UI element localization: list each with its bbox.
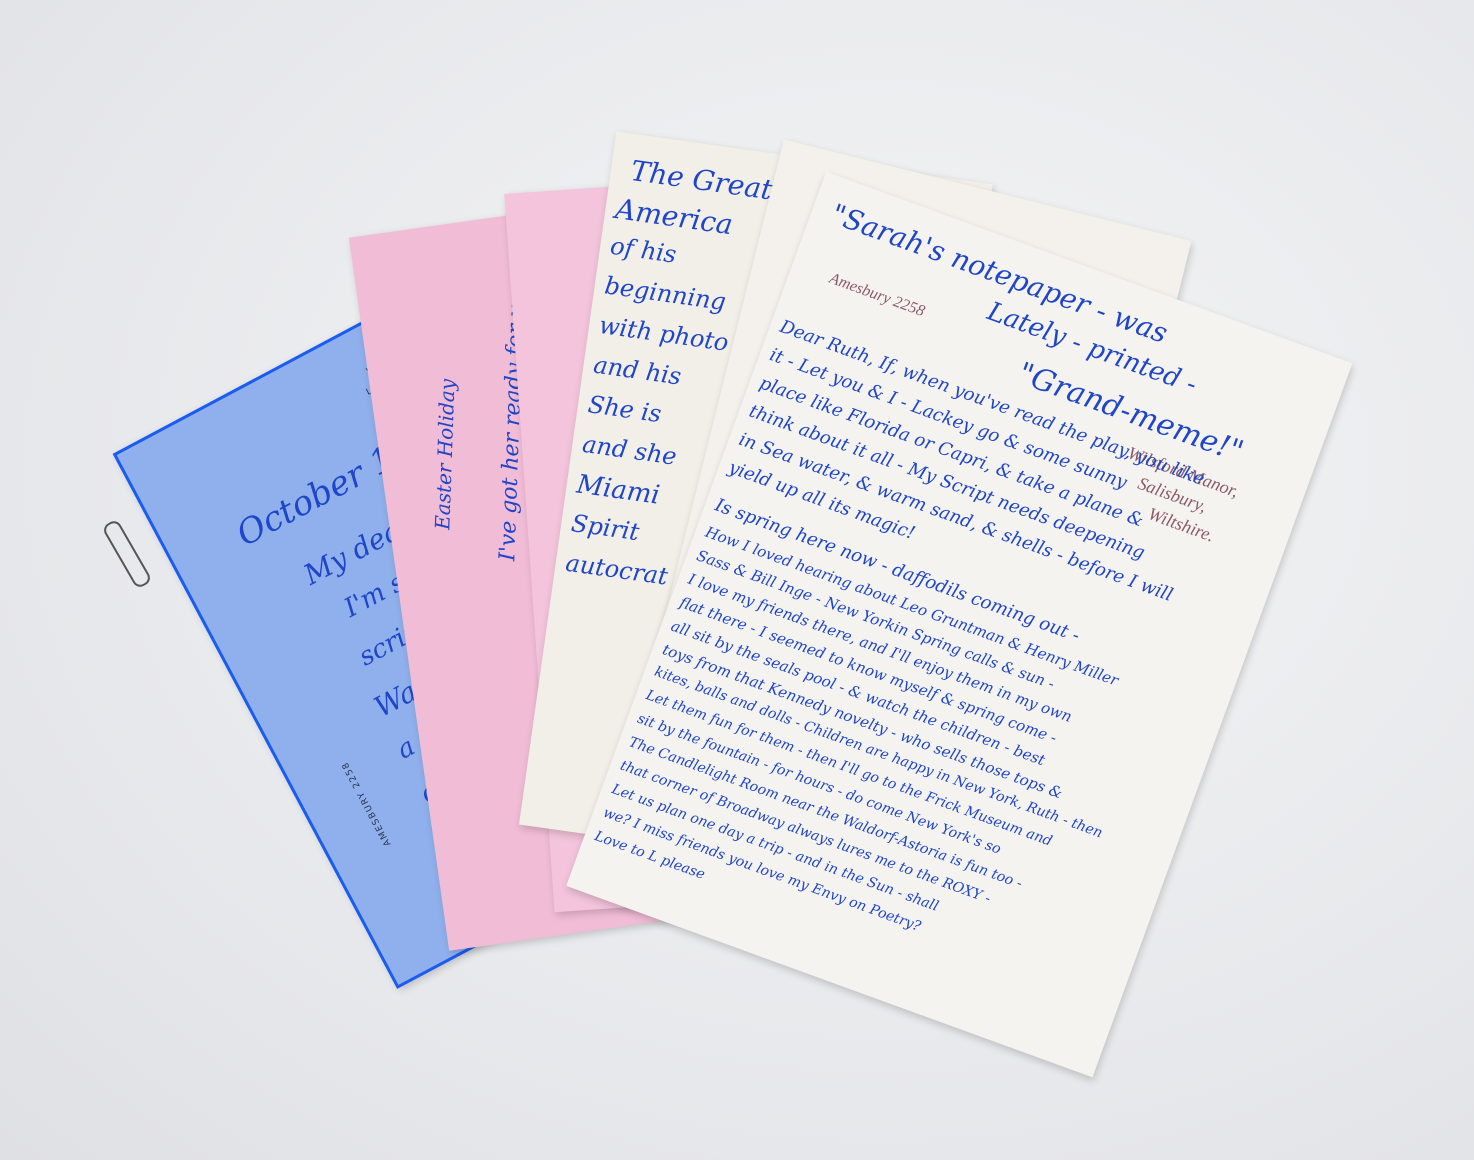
handwriting-line: and his (592, 351, 683, 391)
letterhead-phone: Amesbury 2258 (827, 270, 927, 321)
handwriting-line: of his (608, 232, 678, 269)
handwriting-line: with photo (597, 311, 730, 357)
handwriting-line: She is (586, 390, 663, 428)
handwriting-line: Spirit (570, 509, 642, 546)
handwriting-line: Miami (575, 469, 662, 510)
handwriting-line: beginning (603, 271, 728, 316)
phone-number: AMESBURY 2258 (340, 759, 393, 847)
handwriting-line: and she (581, 430, 679, 471)
handwriting-line: autocrat (564, 549, 670, 591)
handwriting-line: Easter Holiday (430, 378, 459, 530)
